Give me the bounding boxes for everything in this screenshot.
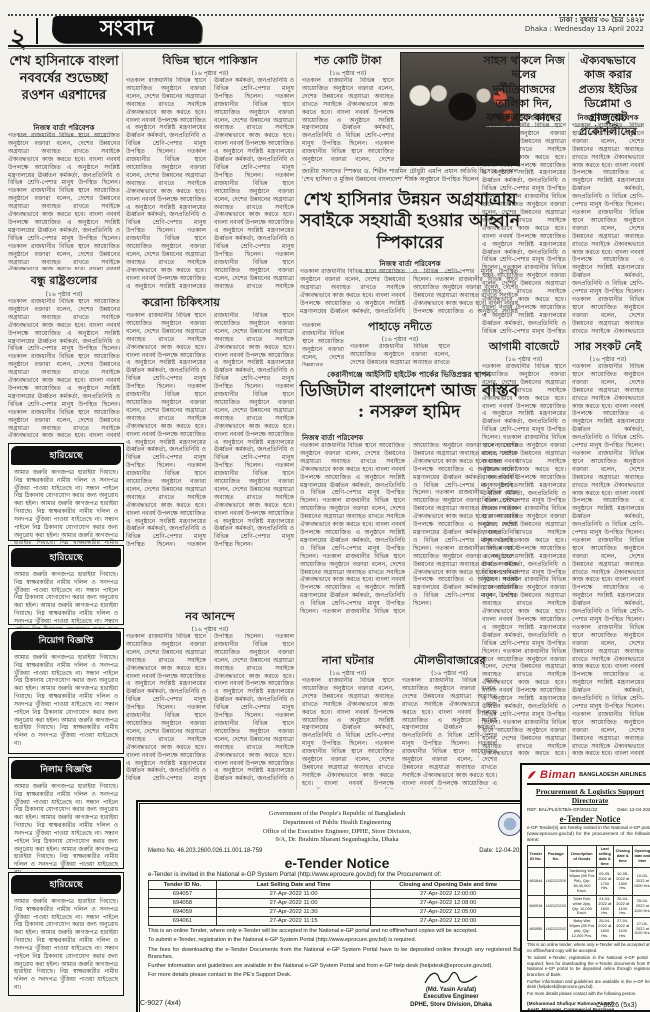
column-rule — [568, 52, 569, 758]
classified-box: হারিয়েছে আমার জরুরি কাগজপত্র হারাইয়া গ… — [8, 545, 124, 625]
classified-text: আমার জরুরি কাগজপত্র হারাইয়া গিয়াছে। নি… — [9, 569, 123, 629]
article-body: গতকাল রাজধানীর বিভিন্ন স্থানে আয়োজিত অন… — [350, 343, 450, 366]
signature-icon — [421, 969, 481, 987]
biman-date: Date: 12-04-2022 — [617, 807, 650, 812]
biman-title: e-Tender Notice — [527, 814, 650, 824]
print-code-left: C-9027 (4x4) — [140, 1000, 181, 1007]
dphe-seal-icon — [498, 812, 522, 836]
cell: 26-04-2022 at 1600 Hrs. — [596, 918, 613, 941]
cell: 694057 — [149, 890, 217, 899]
newspaper-logo-text: সংবাদ — [100, 12, 155, 47]
classified-box: হারিয়েছে আমার জরুরি কাগজপত্র হারাইয়া গ… — [8, 872, 124, 996]
biman-brand-sub: BANGLADESH AIRLINES — [579, 772, 646, 778]
cell: 25-04-2022 at 1100 Hrs. — [632, 895, 650, 918]
tender-note: To submit e-Tender, registration in the … — [527, 955, 650, 977]
cell: 25-04-2022 at 1100 Hrs. — [613, 895, 632, 918]
article-title-corona: করোনা চিকিৎসায় — [126, 296, 236, 310]
article-body: গতকাল রাজধানীর বিভিন্ন স্থানে আয়োজিত অন… — [8, 298, 120, 438]
article-body: গতকাল রাজধানীর বিভিন্ন স্থানে আয়োজিত অন… — [126, 633, 294, 791]
cell: 694058 — [149, 899, 217, 908]
article-title-sar: সার সংকট নেই — [572, 340, 644, 354]
cell: 683955 — [528, 918, 545, 941]
article-body: গতকাল রাজধানীর বিভিন্ন স্থানে আয়োজিত অন… — [572, 122, 644, 334]
classified-box: নিলাম বিজ্ঞপ্তি আমার জরুরি কাগজপত্র হারা… — [8, 757, 124, 869]
table-row: 669916 LN2122240 Toilet Roll, white 2ply… — [528, 895, 650, 918]
newspaper-logo: সংবাদ — [51, 16, 203, 43]
signer-title: Executive Engineer — [396, 994, 506, 1002]
table-row: 683955 LN2122242 Baby Wet Wipes (85 Pcs … — [528, 918, 650, 941]
gov-line-3: Office of the Executive Engineer, DPHE, … — [148, 828, 526, 837]
column-rule — [122, 52, 123, 438]
biman-dept: Procurement & Logistics Support Director… — [527, 787, 650, 805]
signer-name: (Md. Yasin Arafat) — [396, 987, 506, 995]
gov-line-2: Department of Public Health Engineering — [148, 819, 526, 828]
biman-ref: REF: BAL/PLS/STB/e-GP/2021/22 — [527, 807, 597, 812]
classified-box: নিয়োগ বিজ্ঞপ্তি আমার জরুরি কাগজপত্র হার… — [8, 628, 124, 754]
cell: 663644 — [528, 868, 545, 895]
article-body: গতকাল রাজধানীর বিভিন্ন স্থানে আয়োজিত অন… — [402, 677, 497, 789]
tender-note: The fees for downloading the e-Tender Do… — [148, 947, 526, 962]
biman-brand: Biman — [540, 769, 576, 781]
tender-table: Tender ID No. Last Selling Date and Time… — [148, 880, 526, 926]
table-row: 694061 27-Apr-2022 11:15 27-Apr-2022 12:… — [149, 917, 526, 926]
article-body: গতকাল রাজধানীর বিভিন্ন স্থানে আয়োজিত অন… — [302, 77, 394, 165]
dphe-signature-block: (Md. Yasin Arafat) Executive Engineer DP… — [396, 969, 506, 1010]
cell: 694061 — [149, 917, 217, 926]
article-title-bondhu: বন্ধু রাষ্ট্রগুলোর — [8, 274, 120, 288]
dateline-bn: ঢাকা : বুধবার ৩০ চৈত্র ১৪২৮ — [424, 16, 644, 25]
classified-text: আমার জরুরি কাগজপত্র হারাইয়া গিয়াছে। নি… — [9, 781, 123, 873]
table-header: Package No. — [544, 845, 567, 868]
etender-title: e-Tender Notice — [148, 855, 526, 871]
table-row: 694058 27-Apr-2022 11:00 27-Apr-2022 12:… — [149, 899, 526, 908]
article-title-pahar: পাহাড়ে নদীতে — [350, 320, 450, 334]
cell: LN2122209 — [544, 868, 567, 895]
biman-tender-notice: Biman BANGLADESH AIRLINES Procurement & … — [520, 763, 650, 1012]
cell: 27-Apr-2022 12:00:00 — [371, 890, 526, 899]
cell: 27-04-2022 at 1100 Hrs. — [613, 918, 632, 941]
article-title-budget: আগামী বাজেটে — [482, 340, 566, 354]
cell: Sanitizing Wet Wipes (85 Pcs Pkt), Qty: … — [567, 868, 596, 895]
cell: 669916 — [528, 895, 545, 918]
table-header: Tender ID No. — [528, 845, 545, 868]
cell: 10-05-2022 at 1500 Hrs. — [613, 868, 632, 895]
table-header: Description of Goods — [567, 845, 596, 868]
masthead-bottom-rule — [8, 45, 644, 47]
article-body: গতকাল রাজধানীর বিভিন্ন স্থানে আয়োজিত অন… — [302, 322, 344, 366]
article-title-greeting: শেখ হাসিনাকে বাংলা নববর্ষের শুভেচ্ছা রওশ… — [8, 54, 120, 105]
cell: Toilet Roll, white 2ply, Qty: 10,000 Eac… — [567, 895, 596, 918]
cell: 27-04-2022 at 1100 Hrs. — [632, 918, 650, 941]
article-title-nana: নানা ঘটনার — [302, 654, 394, 668]
memo-number: Memo No. 46.203.2600.026.11.001.18-759 — [148, 848, 262, 854]
biman-tender-table: Tender ID No. Package No. Description of… — [527, 845, 650, 941]
cell: Baby Wet Wipes (85 Pcs pkt), Qty: 12,000… — [567, 918, 596, 941]
dateline: ঢাকা : বুধবার ৩০ চৈত্র ১৪২৮ Dhaka : Wedn… — [424, 16, 644, 35]
cell: 27-Apr-2022 12:00:00 — [371, 917, 526, 926]
cell: LN2122242 — [544, 918, 567, 941]
classified-text: আমার জরুরি কাগজপত্র হারাইয়া গিয়াছে। নি… — [9, 896, 123, 1000]
table-row: 663644 LN2122209 Sanitizing Wet Wipes (8… — [528, 868, 650, 895]
classified-text: আমার জরুরি কাগজপত্র হারাইয়া গিয়াছে। নি… — [9, 467, 123, 545]
classified-header: নিয়োগ বিজ্ঞপ্তি — [11, 631, 121, 650]
print-code-right: C-0626 (5x3) — [596, 1002, 637, 1009]
cell: 24-04-2022 at 1600 Hrs. — [596, 895, 613, 918]
classified-header: হারিয়েছে — [11, 548, 121, 567]
article-title-moulvibazar: মৌলভীবাজারের — [402, 654, 497, 668]
tender-note: This is an online tender, where only e-T… — [527, 942, 650, 953]
cell: 694059 — [149, 908, 217, 917]
table-header: Tender ID No. — [149, 881, 217, 890]
cell: 27-Apr-2022 11:15 — [216, 917, 371, 926]
article-body: গতকাল রাজধানীর বিভিন্ন স্থানে আয়োজিত অন… — [302, 677, 394, 789]
cell: 27-Apr-2022 12:08:00 — [371, 899, 526, 908]
table-header: Last selling date & time — [596, 845, 613, 868]
table-row: 694059 27-Apr-2022 11:30 27-Apr-2022 12:… — [149, 908, 526, 917]
classified-header: হারিয়েছে — [11, 875, 121, 894]
classified-text: আমার জরুরি কাগজপত্র হারাইয়া গিয়াছে। নি… — [9, 652, 123, 758]
dateline-en: Dhaka : Wednesday 13 April 2022 — [424, 25, 644, 34]
table-header: Closing date & time — [613, 845, 632, 868]
table-row: 694057 27-Apr-2022 11:00 27-Apr-2022 12:… — [149, 890, 526, 899]
cell: LN2122240 — [544, 895, 567, 918]
etender-intro: e-Tender is invited in the National e-GP… — [148, 871, 526, 878]
masthead-divider — [36, 18, 38, 44]
tender-note: Further information and guidelines are a… — [527, 979, 650, 990]
tender-note: This is an online Tender, where only e-T… — [148, 928, 526, 935]
article-body: গতকাল রাজধানীর বিভিন্ন স্থানে আয়োজিত অন… — [8, 132, 120, 270]
table-header: Opening date and time — [632, 845, 650, 868]
tender-note: To submit e-Tender, registration in the … — [148, 937, 526, 944]
article-body: গতকাল রাজধানীর বিভিন্ন স্থানে আয়োজিত অন… — [482, 122, 566, 334]
table-header: Closing and Opening Date and time — [371, 881, 526, 890]
cell: 10-05-2022 at 1500 Hrs. — [632, 868, 650, 895]
gov-line-4: 9/A, Dr. Ibrahim Sharani Segunbagicha, D… — [148, 836, 526, 845]
notice-date: Date: 12-04-2022 — [479, 848, 526, 854]
classified-header: হারিয়েছে — [11, 446, 121, 465]
cell: 27-Apr-2022 12:05:00 — [371, 908, 526, 917]
article-title-nobo: নব আনন্দে — [126, 610, 294, 624]
cell: 27-Apr-2022 11:30 — [216, 908, 371, 917]
biman-logo-icon — [527, 770, 537, 780]
cell: 09-05-2022 at 1700 Hrs. — [596, 868, 613, 895]
cell: 27-Apr-2022 11:00 — [216, 899, 371, 908]
masthead-thin-rule — [8, 48, 644, 49]
classified-header: নিলাম বিজ্ঞপ্তি — [11, 760, 121, 779]
article-body: গতকাল রাজধানীর বিভিন্ন স্থানে আয়োজিত অন… — [572, 363, 644, 755]
signer-org: DPHE, Store Division, Dhaka — [396, 1002, 506, 1010]
table-header: Last Selling Date and Time — [216, 881, 371, 890]
tender-note: For more details please contact with the… — [527, 991, 650, 997]
article-body: গতকাল রাজধানীর বিভিন্ন স্থানে আয়োজিত অন… — [126, 77, 294, 291]
cell: 27-Apr-2022 11:00 — [216, 890, 371, 899]
article-body: গতকাল রাজধানীর বিভিন্ন স্থানে আয়োজিত অন… — [126, 312, 294, 604]
article-title-shoto-koti: শত কোটি টাকা — [302, 54, 394, 68]
dphe-tender-notice: Government of the People's Republic of B… — [136, 800, 538, 1012]
column-rule — [296, 52, 297, 790]
gov-line-1: Government of the People's Republic of B… — [148, 810, 526, 819]
article-title-pakistan: বিভিন্ন স্থানে পাকিস্তান — [126, 54, 294, 68]
biman-intro: e-GP Tender(s) are hereby invited in the… — [527, 825, 650, 843]
classified-box: হারিয়েছে আমার জরুরি কাগজপত্র হারাইয়া গ… — [8, 443, 124, 541]
